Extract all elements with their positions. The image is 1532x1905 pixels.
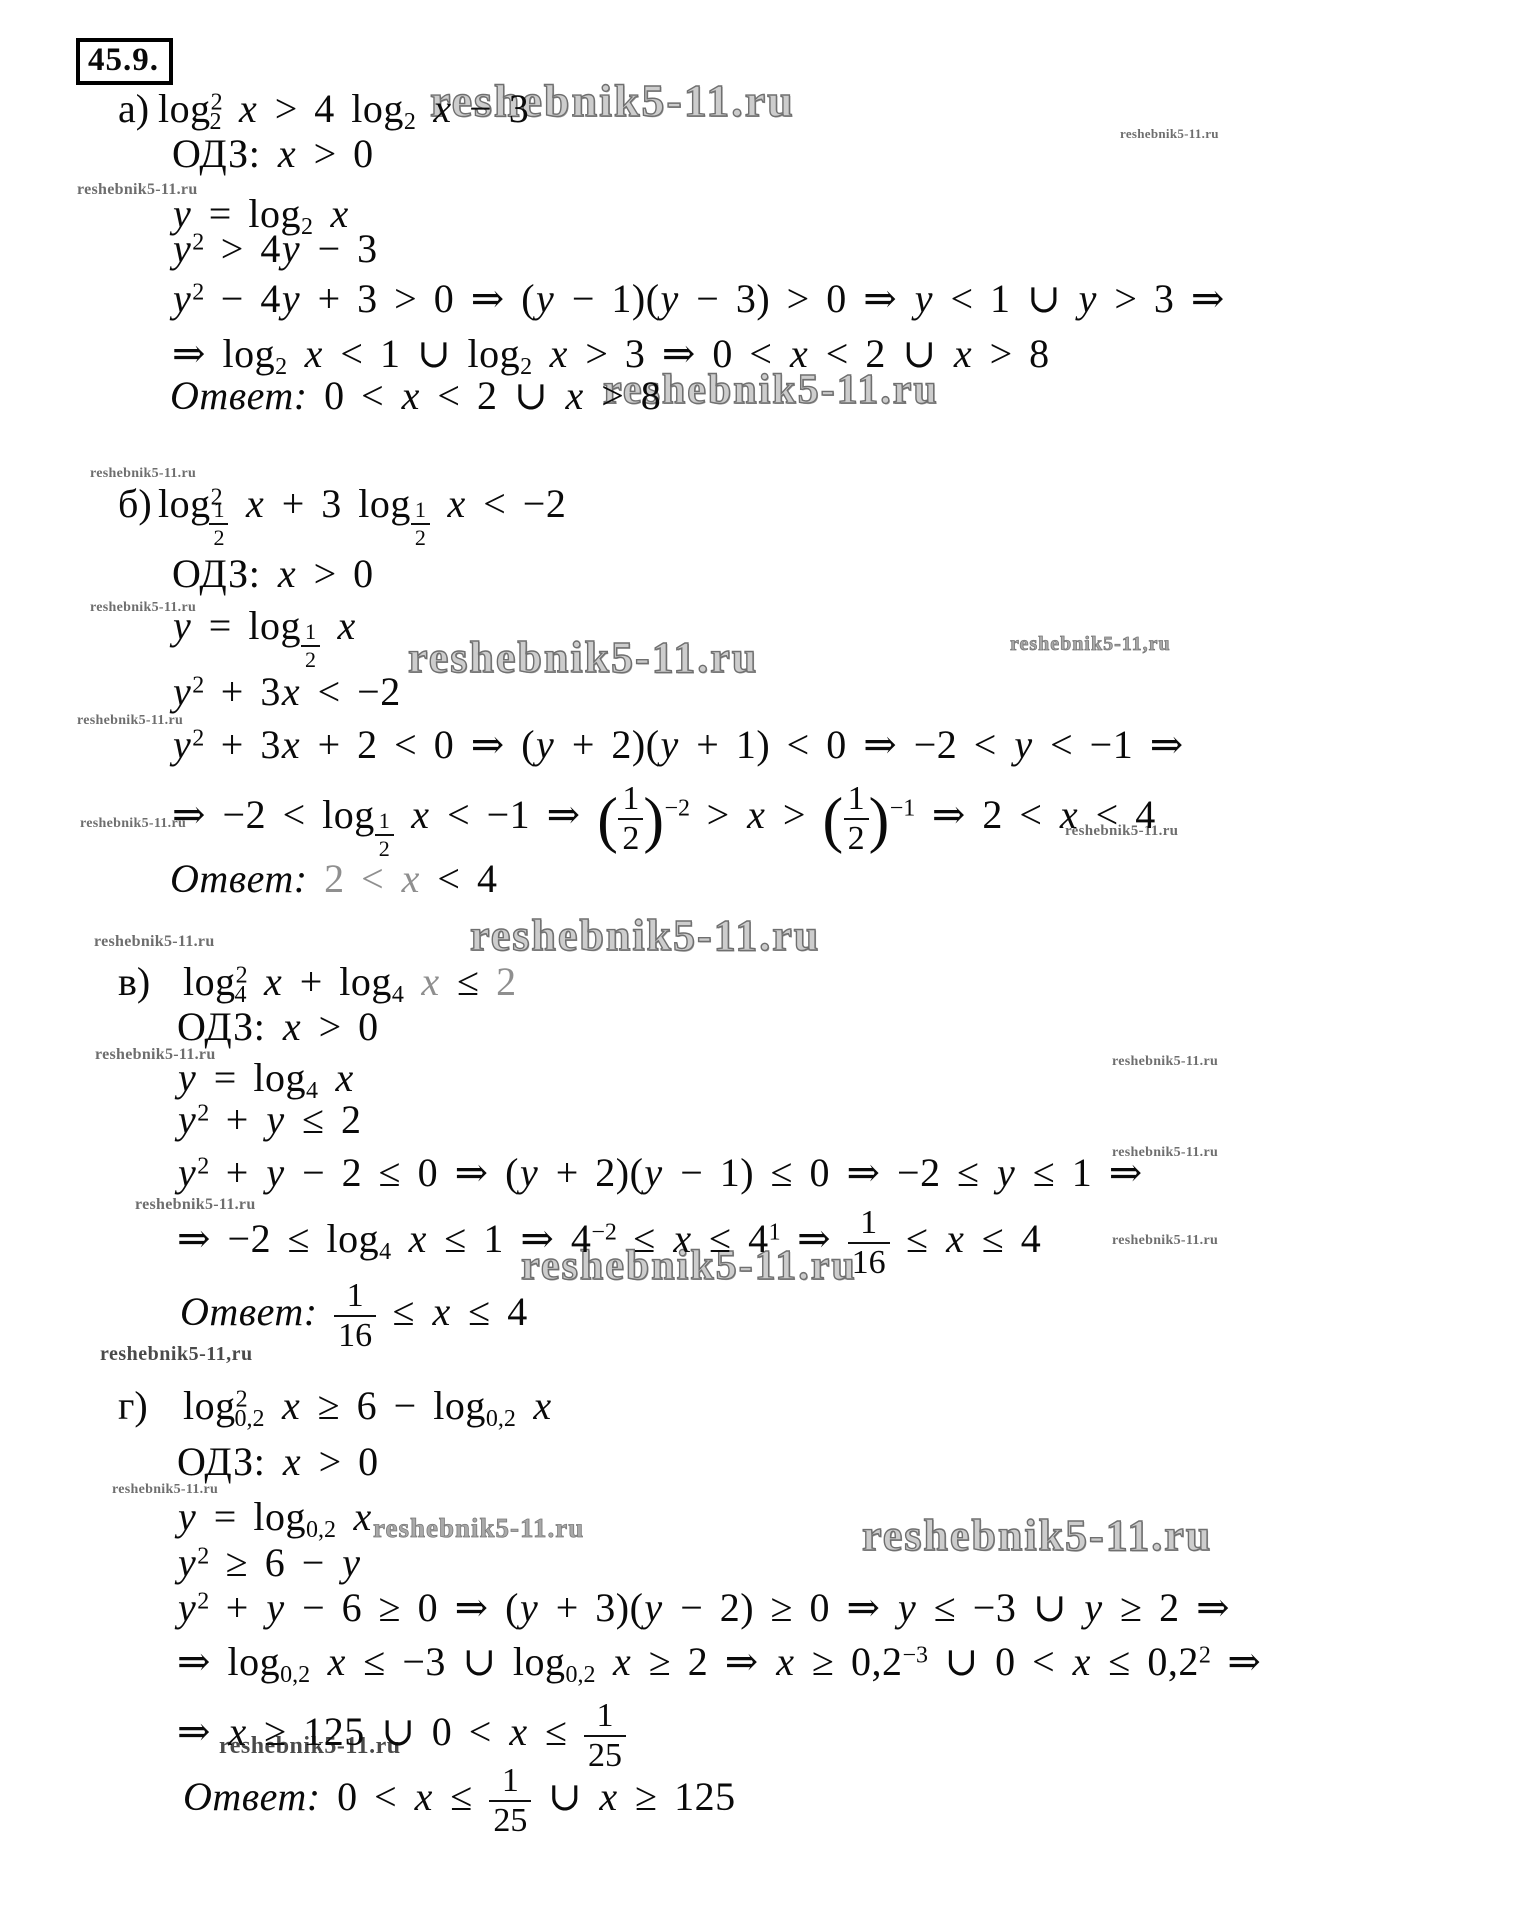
part-a-odz: ОДЗ: x > 0 [172, 130, 374, 177]
watermark: reshebnik5-11.ru [408, 632, 758, 683]
part-v-step-4: ⇒ −2 ≤ log4 x ≤ 1 ⇒ 4−2 ≤ x ≤ 41 ⇒ 116 ≤… [177, 1206, 1041, 1280]
part-b-heading-formula: log212 x + 3 log12 x < −2 [158, 480, 566, 549]
watermark: reshebnik5-11.ru [80, 816, 186, 832]
part-b-label: б) [118, 480, 152, 527]
part-v-step-2: y2 + y ≤ 2 [177, 1096, 362, 1143]
watermark: reshebnik5-11.ru [373, 1513, 584, 1544]
part-v-answer: Ответ: 116 ≤ x ≤ 4 [180, 1279, 528, 1353]
part-g-label: г) [118, 1382, 148, 1429]
part-g-odz: ОДЗ: x > 0 [177, 1438, 379, 1485]
part-v-heading-formula: log24 x + log4 x ≤ 2 [183, 958, 517, 1005]
watermark: reshebnik5-11.ru [1112, 1054, 1218, 1070]
part-v-odz: ОДЗ: x > 0 [177, 1003, 379, 1050]
part-a-step-3: y2 − 4y + 3 > 0 ⇒ (y − 1)(y − 3) > 0 ⇒ y… [172, 275, 1225, 322]
watermark: reshebnik5-11.ru [470, 910, 820, 961]
problem-number: 45.9. [88, 42, 159, 78]
part-g-step-3: y2 + y − 6 ≥ 0 ⇒ (y + 3)(y − 2) ≥ 0 ⇒ y … [177, 1584, 1230, 1631]
watermark: reshebnik5-11,ru [1010, 633, 1171, 656]
watermark: reshebnik5-11.ru [862, 1510, 1212, 1561]
part-g-answer: Ответ: 0 < x ≤ 125 ∪ x ≥ 125 [183, 1764, 736, 1838]
part-a-answer: Ответ: 0 < x < 2 ∪ x > 8 [170, 372, 661, 419]
watermark: reshebnik5-11.ru [1112, 1233, 1218, 1249]
part-b-answer: Ответ: 2 < x < 4 [170, 855, 497, 902]
part-g-step-4: ⇒ log0,2 x ≤ −3 ∪ log0,2 x ≥ 2 ⇒ x ≥ 0,2… [177, 1638, 1261, 1685]
part-a-step-2: y2 > 4y − 3 [172, 225, 378, 272]
part-a-label: а) [118, 85, 149, 132]
part-a-heading-formula: log22 x > 4 log2 x − 3 [158, 85, 529, 132]
part-g-step-2: y2 ≥ 6 − y [177, 1539, 362, 1586]
part-b-step-3: y2 + 3x + 2 < 0 ⇒ (y + 2)(y + 1) < 0 ⇒ −… [172, 721, 1184, 768]
part-v-step-3: y2 + y − 2 ≤ 0 ⇒ (y + 2)(y − 1) ≤ 0 ⇒ −2… [177, 1149, 1143, 1196]
part-a-step-4: ⇒ log2 x < 1 ∪ log2 x > 3 ⇒ 0 < x < 2 ∪ … [172, 330, 1050, 377]
part-b-odz: ОДЗ: x > 0 [172, 550, 374, 597]
watermark: reshebnik5-11.ru [1120, 126, 1219, 142]
part-v-label: в) [118, 958, 150, 1005]
part-g-step-5: ⇒ x ≥ 125 ∪ 0 < x ≤ 125 [177, 1699, 626, 1773]
part-g-heading-formula: log20,2 x ≥ 6 − log0,2 x [183, 1382, 553, 1429]
part-b-step-2: y2 + 3x < −2 [172, 668, 401, 715]
solution-page: reshebnik5-11.rureshebnik5-11.rureshebni… [0, 0, 1532, 1905]
watermark: reshebnik5-11.ru [94, 933, 215, 951]
problem-number-box: 45.9. [76, 38, 173, 85]
part-g-step-1: y = log0,2 x [177, 1493, 373, 1540]
part-v-step-1: y = log4 x [177, 1054, 355, 1101]
watermark: reshebnik5-11.ru [77, 713, 183, 729]
part-b-step-1: y = log12 x [172, 602, 357, 671]
part-b-step-4: ⇒ −2 < log12 x < −1 ⇒ (12)−2 > x > (12)−… [172, 782, 1156, 860]
